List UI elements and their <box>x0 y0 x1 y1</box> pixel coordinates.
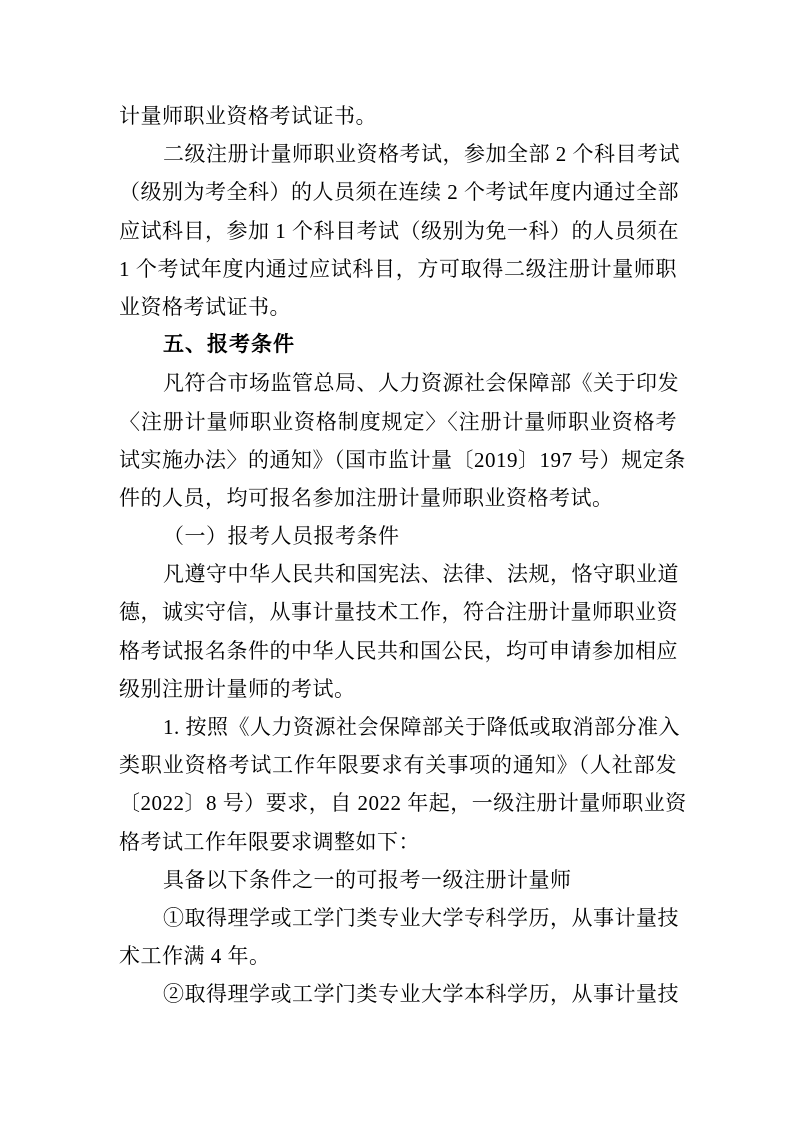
text-line: 具备以下条件之一的可报考一级注册计量师 <box>119 861 677 899</box>
text-line: 凡遵守中华人民共和国宪法、法律、法规，恪守职业道 <box>119 555 677 593</box>
text-line: 〈注册计量师职业资格制度规定〉〈注册计量师职业资格考 <box>119 403 677 441</box>
text-line: （一）报考人员报考条件 <box>119 517 677 555</box>
text-line: 业资格考试证书。 <box>119 288 677 326</box>
text-line: 二级注册计量师职业资格考试，参加全部 2 个科目考试 <box>119 135 677 173</box>
text-line: 格考试工作年限要求调整如下： <box>119 823 677 861</box>
text-line: 〔2022〕8 号）要求，自 2022 年起，一级注册计量师职业资 <box>119 784 677 822</box>
text-line: ①取得理学或工学门类专业大学专科学历，从事计量技 <box>119 899 677 937</box>
text-line: 凡符合市场监管总局、人力资源社会保障部《关于印发 <box>119 364 677 402</box>
text-line: 术工作满 4 年。 <box>119 937 677 975</box>
text-line: 格考试报名条件的中华人民共和国公民，均可申请参加相应 <box>119 632 677 670</box>
text-line: 级别注册计量师的考试。 <box>119 670 677 708</box>
text-line: 试实施办法〉的通知》（国市监计量〔2019〕197 号）规定条 <box>119 441 677 479</box>
text-line: ②取得理学或工学门类专业大学本科学历，从事计量技 <box>119 975 677 1013</box>
text-line: 1 个考试年度内通过应试科目，方可取得二级注册计量师职 <box>119 250 677 288</box>
text-line: 德，诚实守信，从事计量技术工作，符合注册计量师职业资 <box>119 593 677 631</box>
text-line: 应试科目，参加 1 个科目考试（级别为免一科）的人员须在 <box>119 212 677 250</box>
section-heading: 五、报考条件 <box>119 326 677 364</box>
text-line: 类职业资格考试工作年限要求有关事项的通知》（人社部发 <box>119 746 677 784</box>
text-line: 件的人员，均可报名参加注册计量师职业资格考试。 <box>119 479 677 517</box>
document-content: 计量师职业资格考试证书。二级注册计量师职业资格考试，参加全部 2 个科目考试（级… <box>119 97 677 1014</box>
document-page: 计量师职业资格考试证书。二级注册计量师职业资格考试，参加全部 2 个科目考试（级… <box>0 0 794 1123</box>
text-line: 1. 按照《人力资源社会保障部关于降低或取消部分准入 <box>119 708 677 746</box>
text-line: （级别为考全科）的人员须在连续 2 个考试年度内通过全部 <box>119 173 677 211</box>
text-line: 计量师职业资格考试证书。 <box>119 97 677 135</box>
